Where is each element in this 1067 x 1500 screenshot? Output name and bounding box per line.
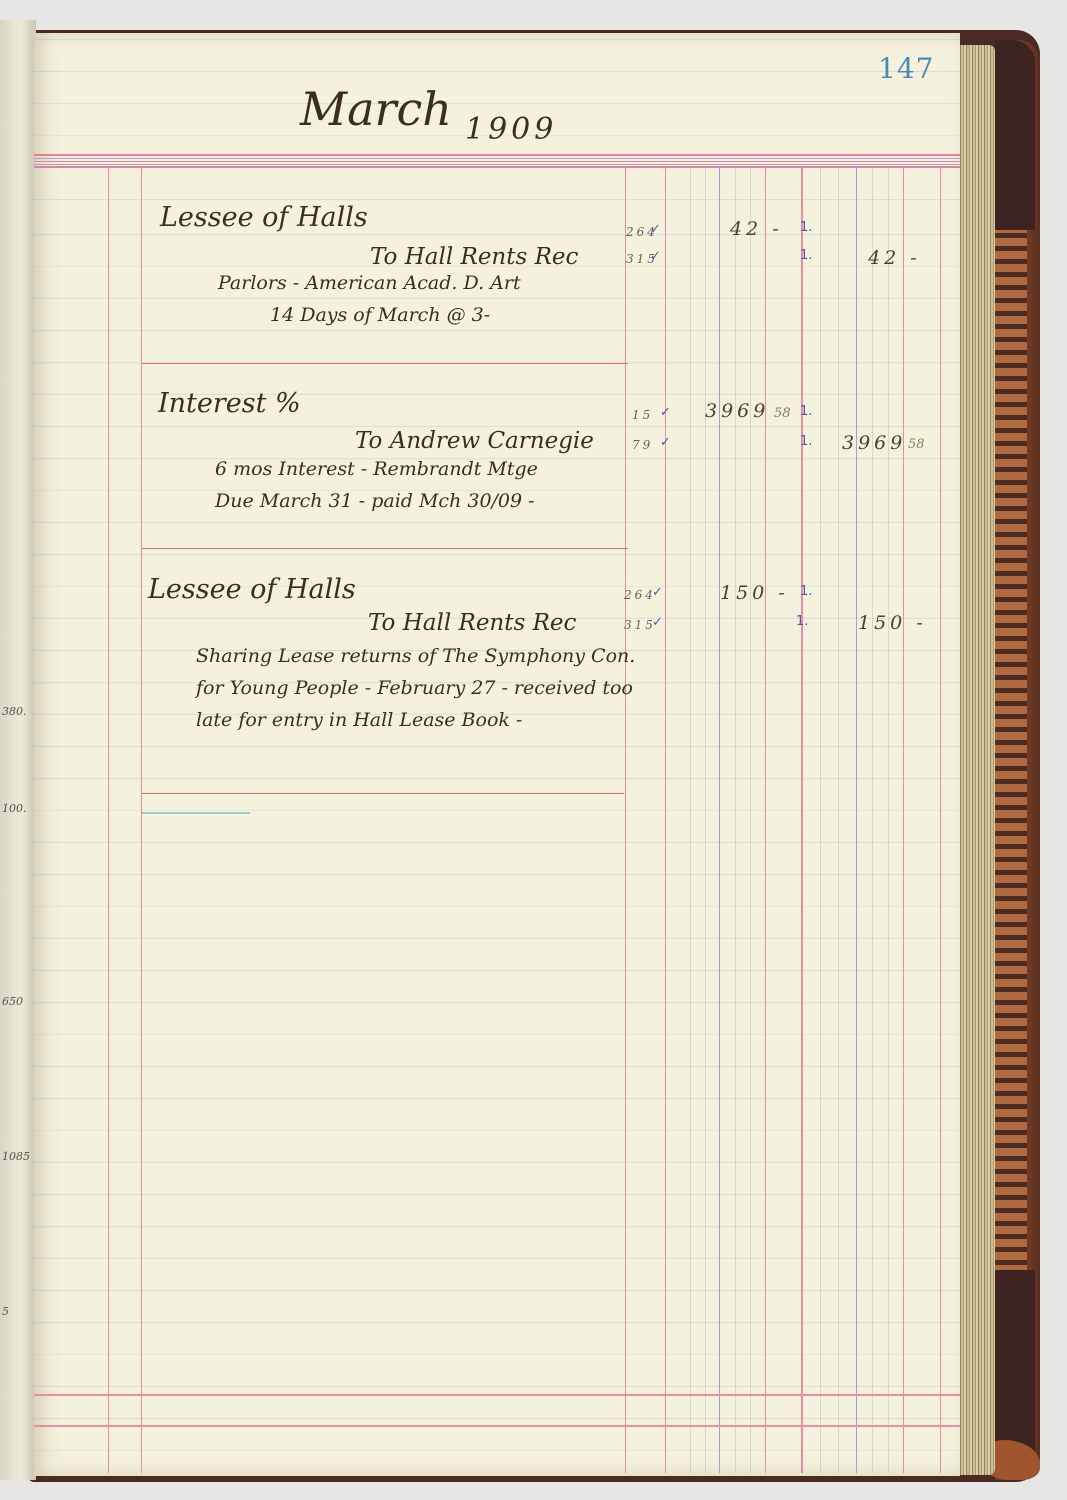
debit-amount: 42 -: [730, 218, 783, 240]
column-rule: [872, 168, 873, 1473]
column-rule: [838, 168, 839, 1473]
header-month: March: [300, 82, 452, 136]
margin-note: 380.: [2, 705, 27, 718]
entry-account: Lessee of Halls: [160, 202, 368, 233]
footer-rule: [34, 1394, 960, 1396]
entry-separator: [142, 363, 628, 364]
checkmark-icon: ✓: [650, 222, 661, 237]
entry-to: To Hall Rents Rec: [370, 244, 578, 270]
column-rule: [750, 168, 751, 1473]
entry-description: Due March 31 - paid Mch 30/09 -: [215, 490, 535, 512]
margin-note: 5: [2, 1305, 9, 1318]
entry-separator: [142, 793, 624, 794]
debit-amount: 3969: [705, 400, 769, 422]
debit-amount: 150 -: [720, 582, 789, 604]
book-edge-texture: [995, 225, 1027, 1270]
debit-mark: 1.: [800, 584, 812, 599]
debit-mark: 1.: [800, 220, 812, 235]
header-rule: [34, 154, 960, 168]
credit-cents: 58: [908, 437, 925, 452]
checkmark-icon: ✓: [660, 405, 671, 420]
column-rule: [940, 168, 941, 1473]
checkmark-icon: ✓: [652, 585, 663, 600]
entry-description: 14 Days of March @ 3-: [270, 304, 490, 326]
checkmark-icon: ✓: [650, 249, 661, 264]
entry-account: Lessee of Halls: [148, 574, 356, 605]
entry-description: Parlors - American Acad. D. Art: [218, 272, 521, 294]
column-rule: [705, 168, 706, 1473]
credit-mark: 1.: [796, 614, 808, 629]
column-rule: [690, 168, 691, 1473]
page-block-edges: [955, 45, 995, 1475]
column-rule: [735, 168, 736, 1473]
margin-note: 100.: [2, 802, 27, 815]
credit-amount: 150 -: [858, 612, 927, 634]
column-rule: [719, 168, 720, 1473]
column-rule: [108, 168, 109, 1473]
folio-debit: 15: [632, 408, 653, 422]
cover-corner-top: [995, 40, 1035, 230]
checkmark-icon: ✓: [652, 615, 663, 630]
entry-description: Sharing Lease returns of The Symphony Co…: [196, 645, 635, 667]
entry-description: late for entry in Hall Lease Book -: [196, 709, 522, 731]
entry-separator-short: [142, 812, 250, 814]
column-rule: [856, 168, 857, 1473]
credit-amount: 3969: [842, 432, 906, 454]
checkmark-icon: ✓: [660, 435, 671, 450]
column-rule: [801, 168, 803, 1473]
entry-account: Interest %: [158, 388, 301, 419]
left-facing-page: 380. 100. 650 1085 5: [0, 20, 36, 1480]
debit-cents: 58: [774, 406, 791, 421]
column-rule: [903, 168, 904, 1473]
entry-to: To Andrew Carnegie: [355, 428, 594, 454]
header-year: 1909: [465, 112, 557, 147]
column-rule: [765, 168, 766, 1473]
entry-separator: [142, 548, 628, 549]
column-rule: [820, 168, 821, 1473]
entry-description: for Young People - February 27 - receive…: [196, 677, 633, 699]
credit-mark: 1.: [800, 434, 812, 449]
column-rule: [888, 168, 889, 1473]
column-rule: [665, 168, 666, 1473]
margin-note: 650: [2, 995, 23, 1008]
debit-mark: 1.: [800, 404, 812, 419]
credit-amount: 42 -: [868, 247, 921, 269]
margin-note: 1085: [2, 1150, 30, 1163]
footer-rule: [34, 1425, 960, 1427]
page-number: 147: [878, 52, 934, 85]
entry-description: 6 mos Interest - Rembrandt Mtge: [215, 458, 538, 480]
folio-credit: 79: [632, 438, 653, 452]
credit-mark: 1.: [800, 248, 812, 263]
entry-to: To Hall Rents Rec: [368, 610, 576, 636]
